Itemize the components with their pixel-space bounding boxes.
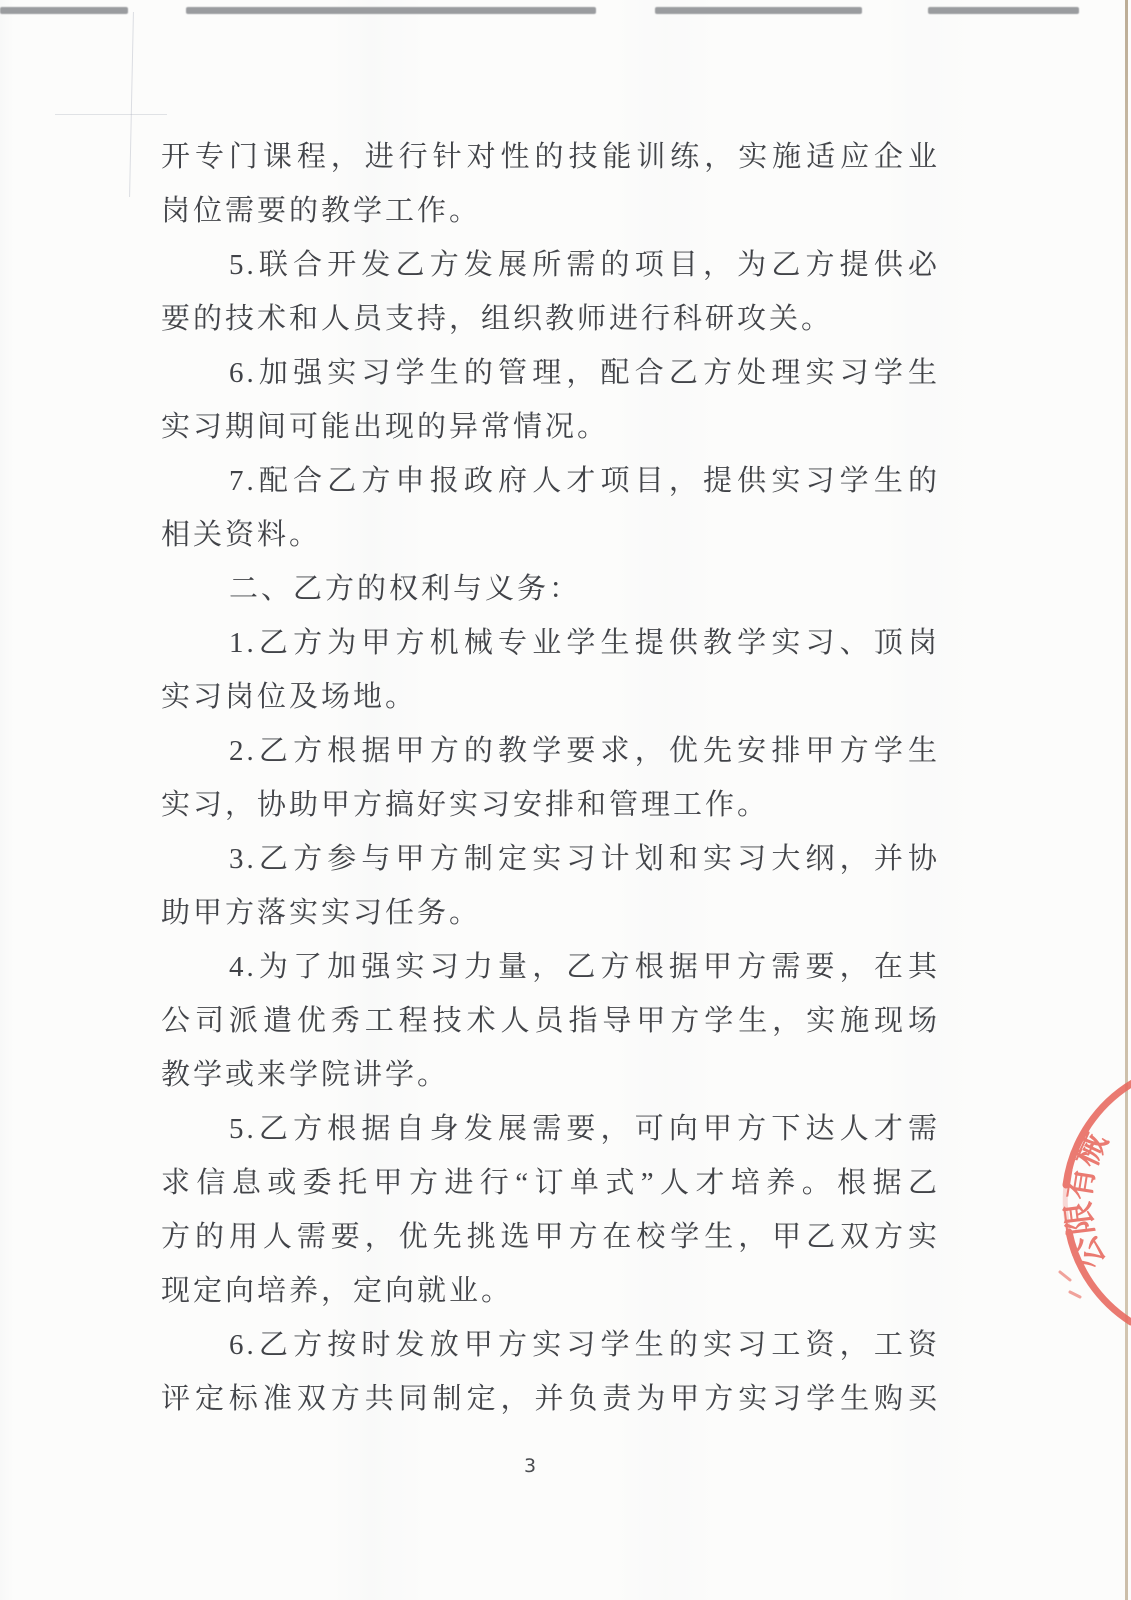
text-line: 3.乙方参与甲方制定实习计划和实习大纲，并协 — [161, 832, 940, 886]
seal-character: 有 — [1060, 1164, 1102, 1202]
text-line: 现定向培养，定向就业。 — [161, 1264, 940, 1318]
text-line: 实习岗位及场地。 — [161, 670, 940, 724]
text-line: 相关资料。 — [161, 508, 940, 562]
text-line: 二、乙方的权利与义务： — [161, 562, 940, 616]
text-line: 岗位需要的教学工作。 — [161, 184, 940, 238]
text-line: 助甲方落实实习任务。 — [161, 886, 940, 940]
contract-text-block: 开专门课程，进行针对性的技能训练，实施适应企业岗位需要的教学工作。5.联合开发乙… — [161, 130, 940, 1426]
text-line: 实习，协助甲方搞好实习安排和管理工作。 — [161, 778, 940, 832]
text-line: 5.乙方根据自身发展需要，可向甲方下达人才需 — [161, 1102, 940, 1156]
scan-edge-line — [1125, 0, 1128, 1600]
text-line: 4.为了加强实习力量，乙方根据甲方需要，在其 — [161, 940, 940, 994]
seal-ink-mark — [1070, 1292, 1080, 1297]
seal-characters: 械有限公 — [1060, 1127, 1115, 1274]
text-line: 1.乙方为甲方机械专业学生提供教学实习、顶岗 — [161, 616, 940, 670]
text-line: 6.乙方按时发放甲方实习学生的实习工资，工资 — [161, 1318, 940, 1372]
scan-band-segment — [186, 7, 596, 14]
text-line: 求信息或委托甲方进行“订单式”人才培养。根据乙 — [161, 1156, 940, 1210]
company-seal-stamp: 械有限公 — [1020, 1060, 1131, 1360]
page-number: 3 — [460, 1455, 600, 1477]
text-line: 教学或来学院讲学。 — [161, 1048, 940, 1102]
text-line: 5.联合开发乙方发展所需的项目，为乙方提供必 — [161, 238, 940, 292]
paper-smudge — [55, 114, 167, 115]
text-line: 7.配合乙方申报政府人才项目，提供实习学生的 — [161, 454, 940, 508]
document-page: 开专门课程，进行针对性的技能训练，实施适应企业岗位需要的教学工作。5.联合开发乙… — [0, 0, 1131, 1600]
paper-crease — [129, 12, 134, 197]
text-line: 开专门课程，进行针对性的技能训练，实施适应企业 — [161, 130, 940, 184]
seal-character: 限 — [1060, 1200, 1101, 1237]
text-line: 方的用人需要，优先挑选甲方在校学生，甲乙双方实 — [161, 1210, 940, 1264]
text-line: 评定标准双方共同制定，并负责为甲方实习学生购买 — [161, 1372, 940, 1426]
text-line: 2.乙方根据甲方的教学要求，优先安排甲方学生 — [161, 724, 940, 778]
text-line: 要的技术和人员支持，组织教师进行科研攻关。 — [161, 292, 940, 346]
scan-band-segment — [655, 7, 862, 14]
text-line: 实习期间可能出现的异常情况。 — [161, 400, 940, 454]
seal-ink-mark — [1060, 1272, 1070, 1280]
scan-band-segment — [928, 7, 1079, 14]
text-line: 公司派遣优秀工程技术人员指导甲方学生，实施现场 — [161, 994, 940, 1048]
text-line: 6.加强实习学生的管理，配合乙方处理实习学生 — [161, 346, 940, 400]
scan-band-segment — [0, 7, 128, 14]
